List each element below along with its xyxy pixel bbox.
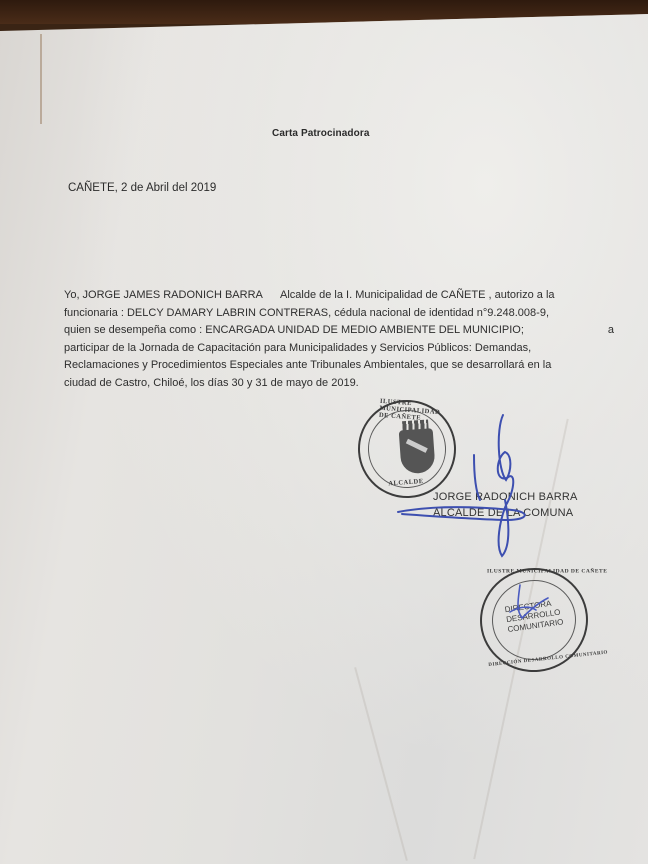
handwritten-signature <box>0 0 648 864</box>
